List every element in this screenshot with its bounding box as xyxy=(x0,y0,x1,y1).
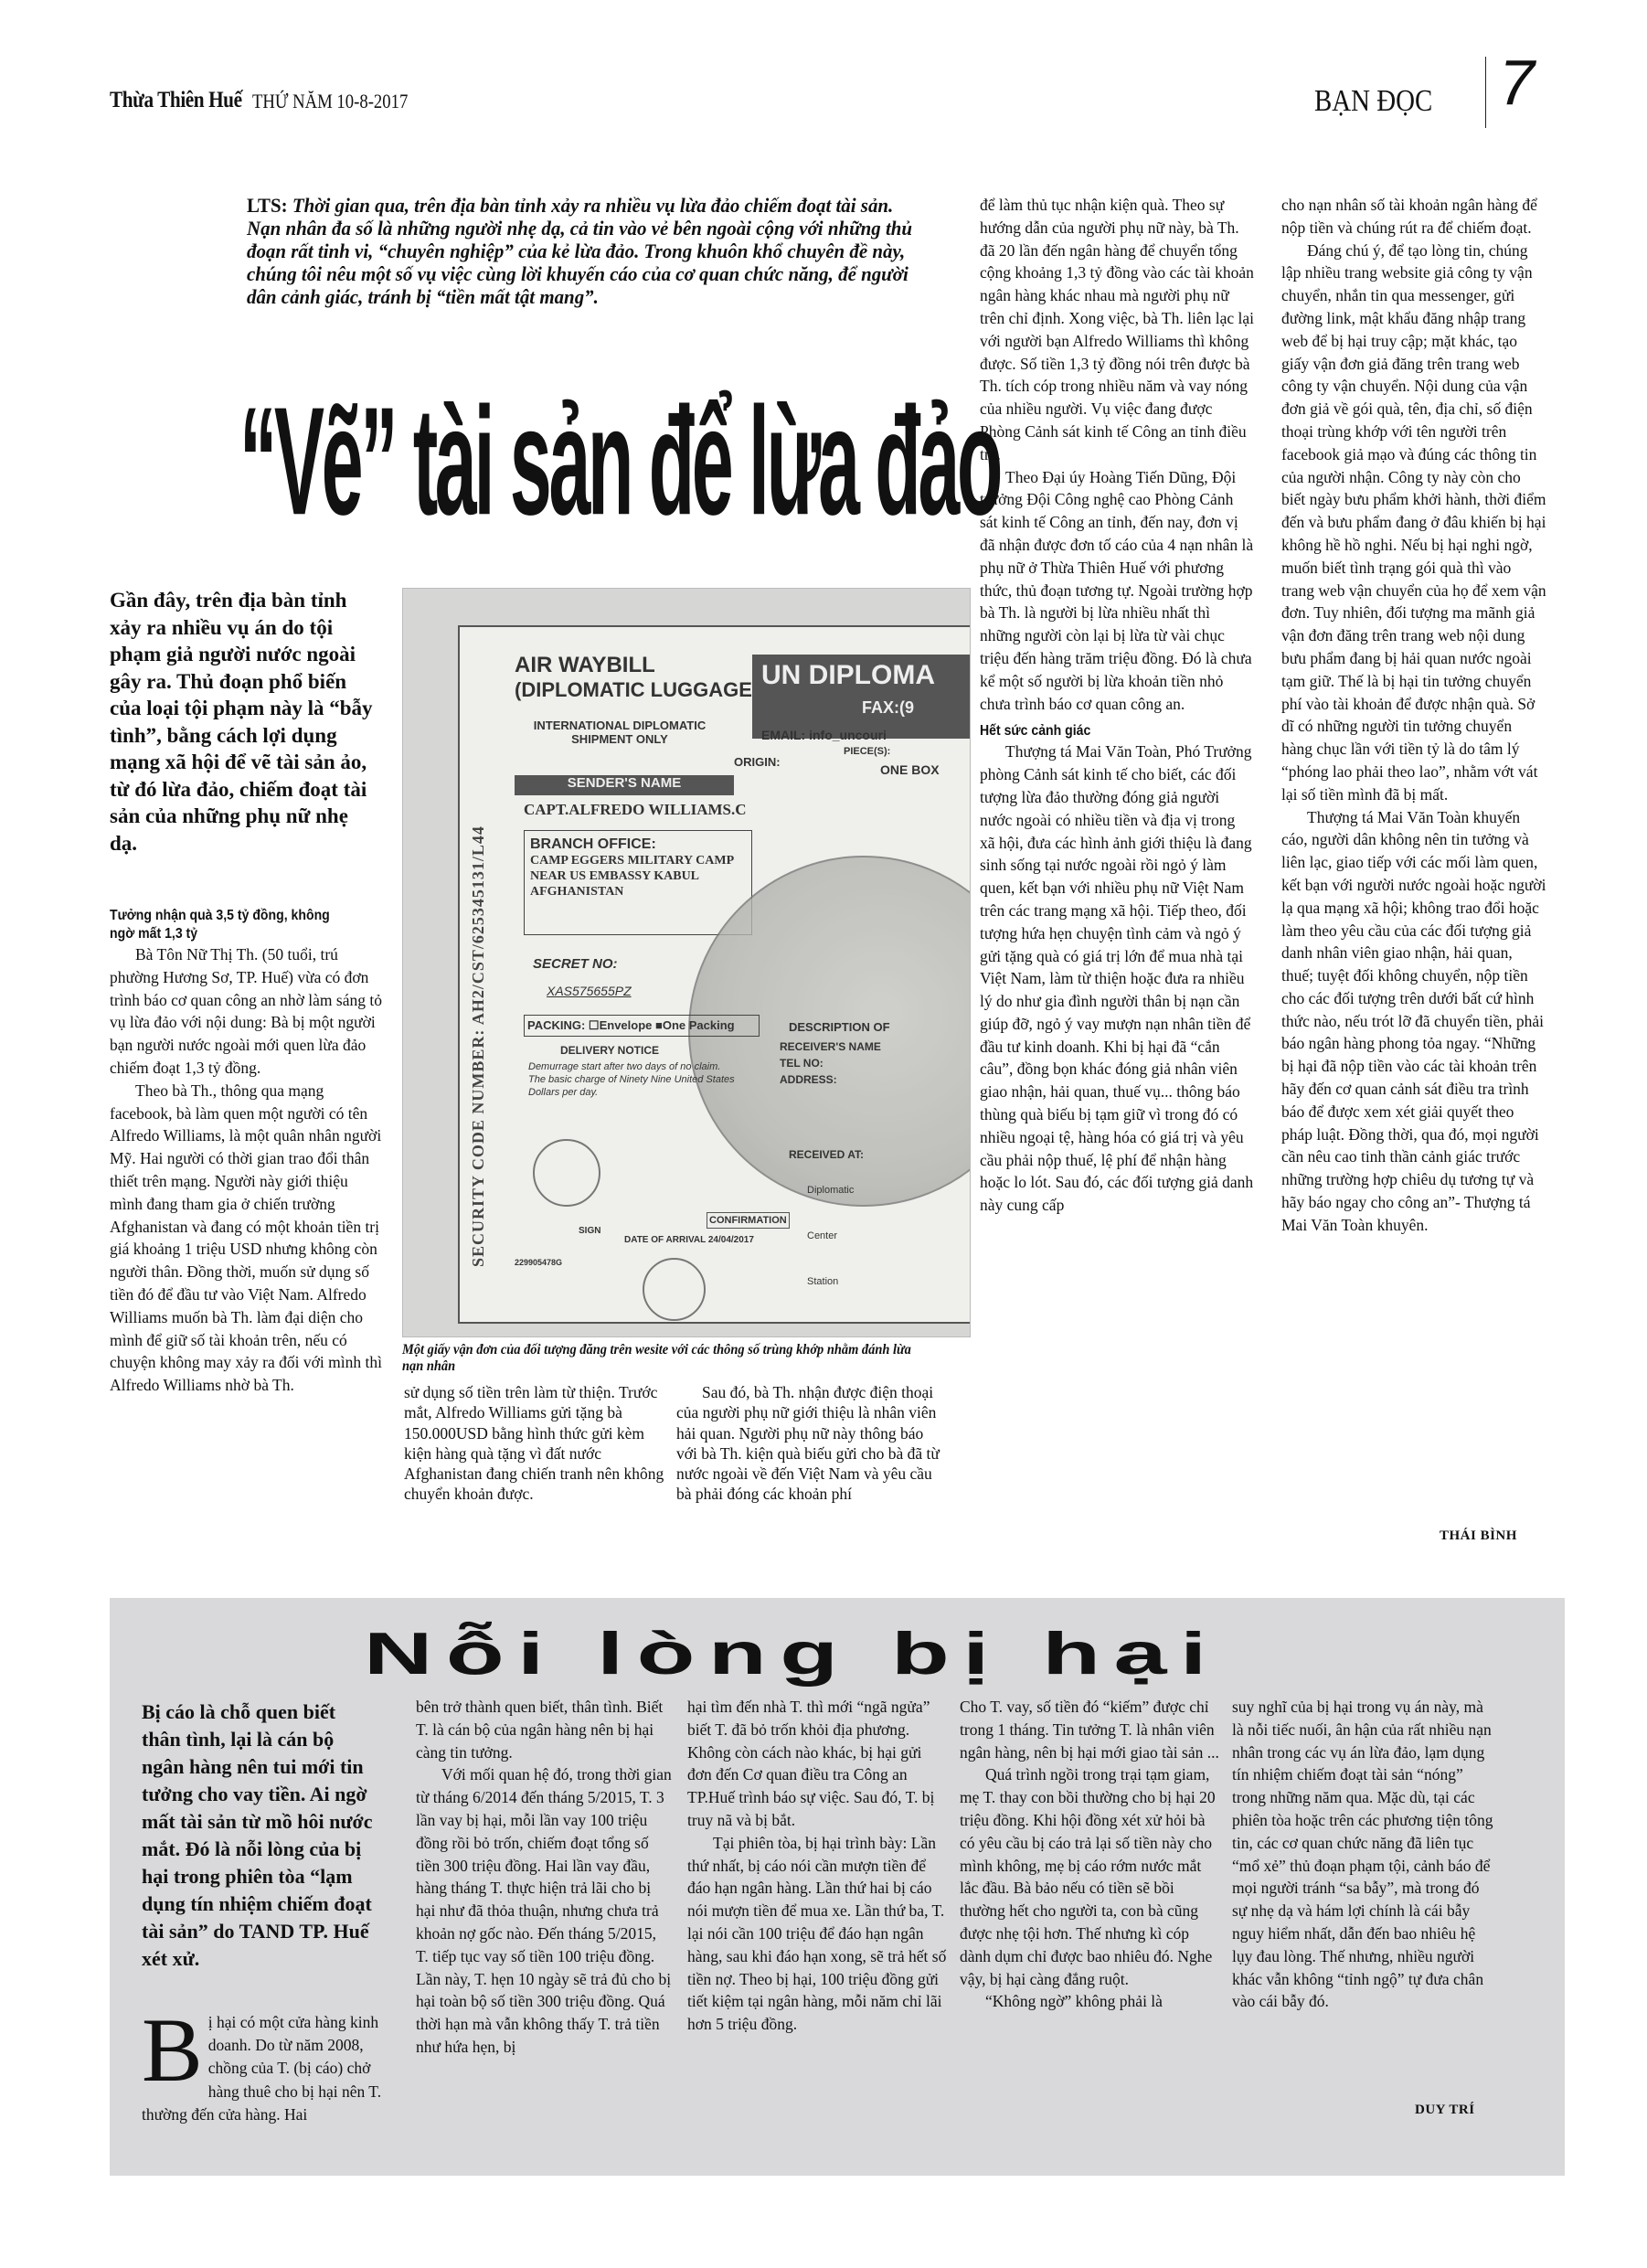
sidebar-column-2: bên trở thành quen biết, thân tình. Biết… xyxy=(416,1696,672,2059)
waybill-title: AIR WAYBILL xyxy=(515,653,655,678)
page-number: 7 xyxy=(1499,50,1535,114)
paragraph: Bà Tôn Nữ Thị Th. (50 tuổi, trú phường H… xyxy=(110,943,384,1080)
branch-address: CAMP EGGERS MILITARY CAMP NEAR US EMBASS… xyxy=(530,853,746,900)
security-code: SECURITY CODE NUMBER: AH2/CST/625345131/… xyxy=(469,719,494,1267)
packing-options: PACKING: ☐Envelope ■One Packing xyxy=(524,1015,760,1037)
sidebar-column-5: suy nghĩ của bị hại trong vụ án này, mà … xyxy=(1232,1696,1497,2013)
article-headline: “Vẽ” tài sản để lừa đảo xyxy=(239,384,647,538)
paragraph: Cho T. vay, số tiền đó “kiếm” được chỉ t… xyxy=(960,1696,1220,1763)
paragraph: Theo bà Th., thông qua mạng facebook, bà… xyxy=(110,1080,384,1397)
paragraph: để làm thủ tục nhận kiện quà. Theo sự hư… xyxy=(980,194,1254,466)
paragraph: bên trở thành quen biết, thân tình. Biết… xyxy=(416,1696,672,1763)
email: EMAIL: info_uncouri xyxy=(761,728,887,742)
newspaper-name: Thừa Thiên Huế xyxy=(110,88,242,113)
paragraph: suy nghĩ của bị hại trong vụ án này, mà … xyxy=(1232,1696,1497,2013)
secret-label: SECRET NO: xyxy=(533,956,618,972)
seal-stamp xyxy=(533,1139,600,1207)
subheading: Tưởng nhận quà 3,5 tỷ đồng, không ngờ mấ… xyxy=(110,907,351,943)
origin-label: ORIGIN: xyxy=(734,755,781,769)
pieces-value: ONE BOX xyxy=(880,762,940,777)
paragraph: Quá trình ngồi trong trại tạm giam, mẹ T… xyxy=(960,1763,1220,1990)
sidebar-column-4: Cho T. vay, số tiền đó “kiếm” được chỉ t… xyxy=(960,1696,1220,2013)
address-label: ADDRESS: xyxy=(780,1073,837,1086)
confirmation-stamp: CONFIRMATION xyxy=(707,1212,790,1229)
receiver-label: RECEIVER'S NAME xyxy=(780,1040,881,1053)
paragraph: Sau đó, bà Th. nhận được điện thoại của … xyxy=(676,1382,941,1505)
article-lead: Gần đây, trên địa bàn tỉnh xảy ra nhiều … xyxy=(110,587,379,857)
article-byline: THÁI BÌNH xyxy=(1440,1528,1517,1544)
paragraph: Thượng tá Mai Văn Toàn, Phó Trưởng phòng… xyxy=(980,740,1254,1217)
paragraph: cho nạn nhân số tài khoản ngân hàng để n… xyxy=(1281,194,1546,240)
article-column-5: cho nạn nhân số tài khoản ngân hàng để n… xyxy=(1281,194,1546,1237)
branch-label: BRANCH OFFICE: xyxy=(530,836,746,853)
article-column-4: để làm thủ tục nhận kiện quà. Theo sự hư… xyxy=(980,194,1254,1217)
editor-note-label: LTS: xyxy=(247,194,288,217)
paragraph: Tại phiên tòa, bị hại trình bày: Lần thứ… xyxy=(687,1832,948,2036)
paragraph: Với mối quan hệ đó, trong thời gian từ t… xyxy=(416,1763,672,2058)
waybill-subtitle: (DIPLOMATIC LUGGAGE) xyxy=(515,678,759,702)
paragraph: Đáng chú ý, để tạo lòng tin, chúng lập n… xyxy=(1281,240,1546,806)
delivery-notice: DELIVERY NOTICE xyxy=(560,1044,659,1057)
received-option: Station xyxy=(807,1276,838,1287)
waybill-number: 229905478G xyxy=(515,1258,562,1267)
issue-date: THỨ NĂM 10-8-2017 xyxy=(252,90,408,113)
company-name: UN DIPLOMA xyxy=(761,660,935,690)
sidebar-byline: DUY TRÍ xyxy=(1415,2103,1475,2118)
received-option: Center xyxy=(807,1230,837,1241)
paragraph: sử dụng số tiền trên làm từ thiện. Trước… xyxy=(404,1382,664,1505)
arrival-date: DATE OF ARRIVAL 24/04/2017 xyxy=(624,1235,754,1245)
sign-label: SIGN xyxy=(579,1226,600,1236)
received-option: Diplomatic xyxy=(807,1185,854,1196)
subheading: Hết sức cảnh giác xyxy=(980,722,1221,740)
article-column-3: Sau đó, bà Th. nhận được điện thoại của … xyxy=(676,1382,941,1505)
pieces-label: PIECE(S): xyxy=(844,746,890,757)
paragraph: Theo Đại úy Hoàng Tiến Dũng, Đội trưởng … xyxy=(980,466,1254,716)
sender-label: SENDER'S NAME xyxy=(515,775,734,795)
paragraph: hại tìm đến nhà T. thì mới “ngã ngửa” bi… xyxy=(687,1696,948,1832)
received-at-label: RECEIVED AT: xyxy=(789,1148,864,1161)
paragraph: “Không ngờ” không phải là xyxy=(960,1990,1220,2013)
description-label: DESCRIPTION OF xyxy=(789,1020,890,1034)
demurrage-text: Demurrage start after two days of no cla… xyxy=(528,1060,738,1099)
article-column-1: Tưởng nhận quà 3,5 tỷ đồng, không ngờ mấ… xyxy=(110,907,384,1397)
section-name: BẠN ĐỌC xyxy=(1314,84,1432,119)
approval-stamp xyxy=(643,1258,706,1321)
branch-box: BRANCH OFFICE: CAMP EGGERS MILITARY CAMP… xyxy=(524,830,752,935)
paragraph: Thượng tá Mai Văn Toàn khuyến cáo, người… xyxy=(1281,806,1546,1237)
waybill-photo: SECURITY CODE NUMBER: AH2/CST/625345131/… xyxy=(402,588,971,1337)
sidebar-column-3: hại tìm đến nhà T. thì mới “ngã ngửa” bi… xyxy=(687,1696,948,2036)
editor-note-text: Thời gian qua, trên địa bàn tỉnh xảy ra … xyxy=(247,194,912,308)
section-divider xyxy=(1485,57,1486,128)
secret-number: XAS575655PZ xyxy=(547,984,632,998)
drop-cap: B xyxy=(142,2015,203,2086)
shipment-type: INTERNATIONAL DIPLOMATIC SHIPMENT ONLY xyxy=(515,719,725,746)
tel-label: TEL NO: xyxy=(780,1057,823,1070)
editor-note: LTS: Thời gian qua, trên địa bàn tỉnh xả… xyxy=(247,194,919,308)
sender-name: CAPT.ALFREDO WILLIAMS.C xyxy=(524,801,747,819)
article-column-2: sử dụng số tiền trên làm từ thiện. Trước… xyxy=(404,1382,664,1505)
sidebar-article-lead: Bị cáo là chỗ quen biết thân tình, lại l… xyxy=(142,1698,375,1973)
waybill-document: SECURITY CODE NUMBER: AH2/CST/625345131/… xyxy=(458,625,971,1324)
photo-caption: Một giấy vận đơn của đối tượng đăng trên… xyxy=(402,1342,930,1375)
fax: FAX:(9 xyxy=(862,698,914,718)
sidebar-article-title: Nỗi lòng bị hại xyxy=(364,1624,1220,1684)
company-banner: UN DIPLOMA xyxy=(752,655,971,739)
sidebar-column-1: Bị hại có một cửa hàng kinh doanh. Do từ… xyxy=(142,2011,398,2126)
